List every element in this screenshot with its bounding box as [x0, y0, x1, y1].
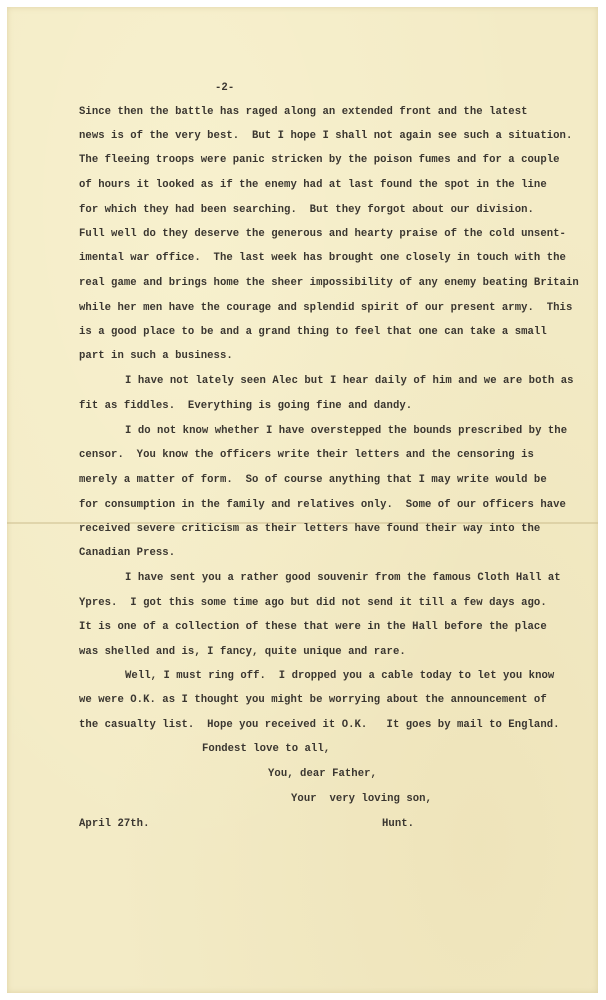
letter-line: while her men have the courage and splen… — [79, 301, 572, 315]
letter-date: April 27th. — [79, 817, 149, 831]
letter-line: The fleeing troops were panic stricken b… — [79, 153, 560, 167]
letter-line: Canadian Press. — [79, 546, 175, 560]
letter-line: Ypres. I got this some time ago but did … — [79, 596, 547, 610]
letter-line: received severe criticism as their lette… — [79, 522, 540, 536]
letter-line: Well, I must ring off. I dropped you a c… — [125, 669, 554, 683]
closing-address: You, dear Father, — [268, 767, 377, 781]
letter-line: the casualty list. Hope you received it … — [79, 718, 560, 732]
letter-line: of hours it looked as if the enemy had a… — [79, 178, 547, 192]
letter-line: news is of the very best. But I hope I s… — [79, 129, 572, 143]
letter-line: is a good place to be and a grand thing … — [79, 325, 547, 339]
letter-line: I have not lately seen Alec but I hear d… — [125, 374, 574, 388]
signature: Hunt. — [382, 817, 414, 831]
letter-line: I have sent you a rather good souvenir f… — [125, 571, 561, 585]
letter-line: real game and brings home the sheer impo… — [79, 276, 579, 290]
letter-line: for consumption in the family and relati… — [79, 498, 566, 512]
letter-line: Full well do they deserve the generous a… — [79, 227, 566, 241]
page-number: -2- — [215, 81, 234, 95]
closing-salutation: Fondest love to all, — [202, 742, 330, 756]
letter-line: for which they had been searching. But t… — [79, 203, 534, 217]
letter-line: merely a matter of form. So of course an… — [79, 473, 547, 487]
letter-line: was shelled and is, I fancy, quite uniqu… — [79, 645, 406, 659]
letter-line: Since then the battle has raged along an… — [79, 105, 528, 119]
letter-line: fit as fiddles. Everything is going fine… — [79, 399, 412, 413]
letter-line: It is one of a collection of these that … — [79, 620, 547, 634]
letter-line: imental war office. The last week has br… — [79, 251, 566, 265]
letter-line: censor. You know the officers write thei… — [79, 448, 534, 462]
closing-sign-off: Your very loving son, — [291, 792, 432, 806]
letter-line: part in such a business. — [79, 349, 233, 363]
letter-line: we were O.K. as I thought you might be w… — [79, 693, 547, 707]
letter-line: I do not know whether I have overstepped… — [125, 424, 567, 438]
